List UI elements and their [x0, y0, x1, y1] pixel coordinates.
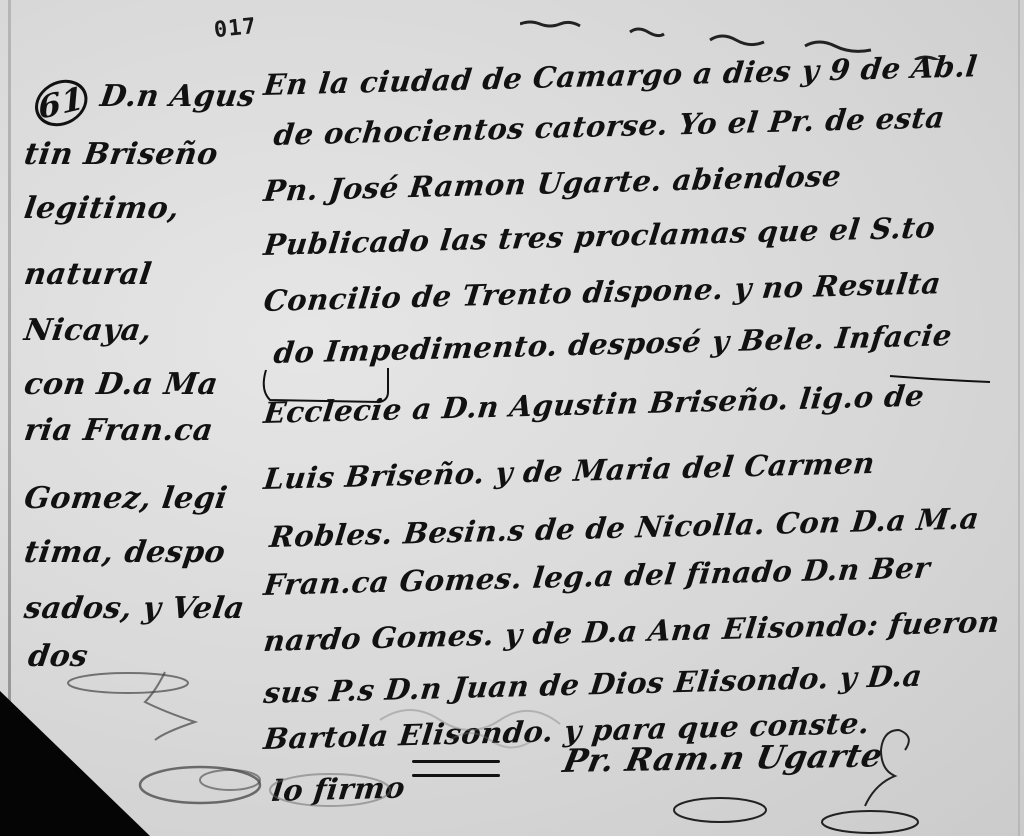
margin-line: tin Briseño	[22, 138, 220, 172]
margin-line: Gomez, legi	[22, 482, 230, 516]
margin-line: natural	[22, 258, 154, 292]
margin-line: con D.a Ma	[22, 368, 220, 402]
scan-shadow-corner	[0, 691, 150, 836]
margin-line: tima, despo	[22, 536, 228, 570]
body-line: Concilio de Trento dispone. y no Resulta	[262, 266, 943, 318]
entry-number-circle: 61	[33, 74, 90, 131]
body-line: Pn. José Ramon Ugarte. abiendose	[262, 159, 843, 208]
body-line: Luis Briseño. y de Maria del Carmen	[262, 446, 877, 496]
manuscript-page: 017 61 D.n Agus tin Briseño legitimo, na…	[0, 0, 1024, 836]
margin-line: dos	[26, 640, 90, 674]
margin-line: sados, y Vela	[22, 592, 247, 626]
margin-line: ria Fran.ca	[22, 414, 215, 448]
page-right-edge	[1018, 0, 1020, 836]
priest-signature: Pr. Ram.n Ugarte	[560, 736, 886, 780]
body-line: Ecclecie a D.n Agustin Briseño. lig.o de	[262, 379, 926, 430]
margin-line: D.n Agus	[98, 80, 257, 114]
body-line: Publicado las tres proclamas que el S.to	[262, 210, 937, 262]
closing-flourish-line	[412, 760, 500, 763]
body-line: lo firmo	[270, 770, 407, 808]
body-line: Robles. Besin.s de de Nicolla. Con D.a M…	[268, 501, 981, 554]
folio-number: 017	[213, 14, 258, 43]
body-line: nardo Gomes. y de D.a Ana Elisondo: fuer…	[262, 605, 1002, 658]
body-line: do Impedimento. desposé y Bele. Infacie	[272, 318, 954, 370]
margin-line: 61	[32, 80, 92, 126]
margin-line: legitimo,	[22, 192, 182, 226]
body-line: Fran.ca Gomes. leg.a del finado D.n Ber	[262, 550, 932, 602]
body-line: de ochocientos catorse. Yo el Pr. de est…	[272, 100, 947, 152]
body-line: sus P.s D.n Juan de Dios Elisondo. y D.a	[262, 659, 924, 710]
margin-line: Nicaya,	[22, 314, 154, 348]
